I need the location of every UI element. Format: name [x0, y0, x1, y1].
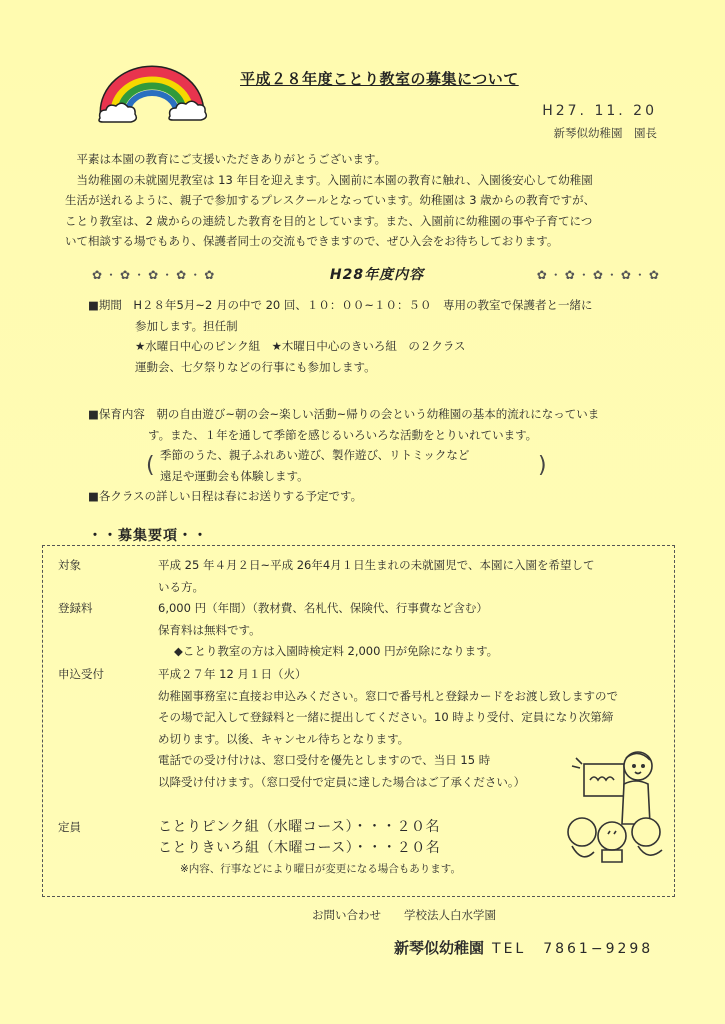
activity-bracket: ( 季節のうた、親子ふれあい遊び、製作遊び、リトミックなど 遠足や運動会も体験し…: [88, 445, 678, 486]
bracket-line: 季節のうた、親子ふれあい遊び、製作遊び、リトミックなど: [160, 445, 678, 466]
capacity-label: 定員: [58, 817, 148, 839]
clover-decoration-right: ✿・✿・✿・✿・✿: [537, 266, 662, 283]
issue-date: H27. 11. 20: [542, 103, 657, 119]
fee-line: 6,000 円（年間）（教材費、名札代、保険代、行事費など含む）: [158, 598, 658, 620]
content-label: ■保育内容: [88, 407, 145, 421]
section-heading: ✿・✿・✿・✿・✿ H28年度内容 ✿・✿・✿・✿・✿: [92, 264, 662, 284]
fee-line: ◆ことり教室の方は入園時検定料 2,000 円が免除になります。: [158, 641, 658, 663]
application-line: め切ります。以後、キャンセル待ちとなります。: [158, 729, 658, 751]
application-line: 平成２７年 12 月１日（火）: [158, 664, 658, 686]
fee-line: 保育料は無料です。: [158, 620, 658, 642]
content-line: 朝の自由遊び~朝の会~楽しい活動~帰りの会という幼稚園の基本的流れになっていま: [156, 407, 599, 421]
bracket-right: ): [538, 447, 547, 485]
target-line: 平成 25 年４月２日~平成 26年4月１日生まれの未就園児で、本園に入園を希望…: [158, 555, 658, 577]
content-block: ■保育内容 朝の自由遊び~朝の会~楽しい活動~帰りの会という幼稚園の基本的流れに…: [88, 404, 678, 507]
fee-label: 登録料: [58, 598, 148, 620]
intro-line: 当幼稚園の未就園児教室は 13 年目を迎えます。入園前に本園の教育に触れ、入園後…: [65, 170, 680, 191]
contact-line: お問い合わせ 学校法人白水学園: [312, 907, 496, 923]
target-label: 対象: [58, 555, 148, 577]
period-line: ★水曜日中心のピンク組 ★木曜日中心のきいろ組 の２クラス: [88, 336, 678, 357]
period-line: H２８年5月~2 月の中で 20 回、１０：００~１０：５０ 専用の教室で保護者…: [133, 298, 592, 312]
period-block: ■期間 H２８年5月~2 月の中で 20 回、１０：００~１０：５０ 専用の教室…: [88, 295, 678, 377]
teacher-children-illustration: [560, 750, 678, 868]
recruitment-title: ・・募集要項・・: [88, 525, 208, 545]
intro-line: ことり教室は、2 歳からの連続した教育を目的としています。また、入園前に幼稚園の…: [65, 211, 680, 232]
phone-number[interactable]: TEL 7861−9298: [492, 941, 653, 957]
intro-line: いて相談する場でもあり、保護者同士の交流もできますので、ぜひ入会をお待ちしており…: [65, 231, 680, 252]
period-line: 運動会、七夕祭りなどの行事にも参加します。: [88, 357, 678, 378]
intro-line: 生活が送れるように、親子で参加するプレスクールとなっています。幼稚園は 3 歳か…: [65, 190, 680, 211]
section-title: H28年度内容: [330, 264, 424, 284]
school-name: 新琴似幼稚園: [394, 939, 484, 957]
target-line: いる方。: [158, 577, 658, 599]
application-label: 申込受付: [58, 664, 148, 686]
application-line: 幼稚園事務室に直接お申込みください。窓口で番号札と登録カードをお渡し致しますので: [158, 686, 658, 708]
bracket-left: (: [146, 447, 155, 485]
period-line: 参加します。担任制: [88, 316, 678, 337]
author: 新琴似幼稚園 園長: [554, 125, 658, 141]
rainbow-icon: [96, 64, 208, 124]
bracket-line: 遠足や運動会も体験します。: [160, 466, 678, 487]
flyer-page: 平成２８年度ことり教室の募集について H27. 11. 20 新琴似幼稚園 園長…: [0, 0, 725, 1024]
period-label: ■期間: [88, 298, 122, 312]
content-line: す。また、１年を通して季節を感じるいろいろな活動をとりいれています。: [88, 425, 678, 446]
greeting: 平素は本園の教育にご支援いただきありがとうございます。: [65, 149, 680, 170]
footer: 新琴似幼稚園TEL 7861−9298: [394, 937, 653, 958]
intro-text: 平素は本園の教育にご支援いただきありがとうございます。 当幼稚園の未就園児教室は…: [65, 149, 680, 252]
clover-decoration-left: ✿・✿・✿・✿・✿: [92, 266, 217, 283]
schedule-note: ■各クラスの詳しい日程は春にお送りする予定です。: [88, 486, 678, 507]
application-line: その場で記入して登録料と一緒に提出してください。10 時より受付、定員になり次第…: [158, 707, 658, 729]
page-title: 平成２８年度ことり教室の募集について: [240, 68, 519, 89]
